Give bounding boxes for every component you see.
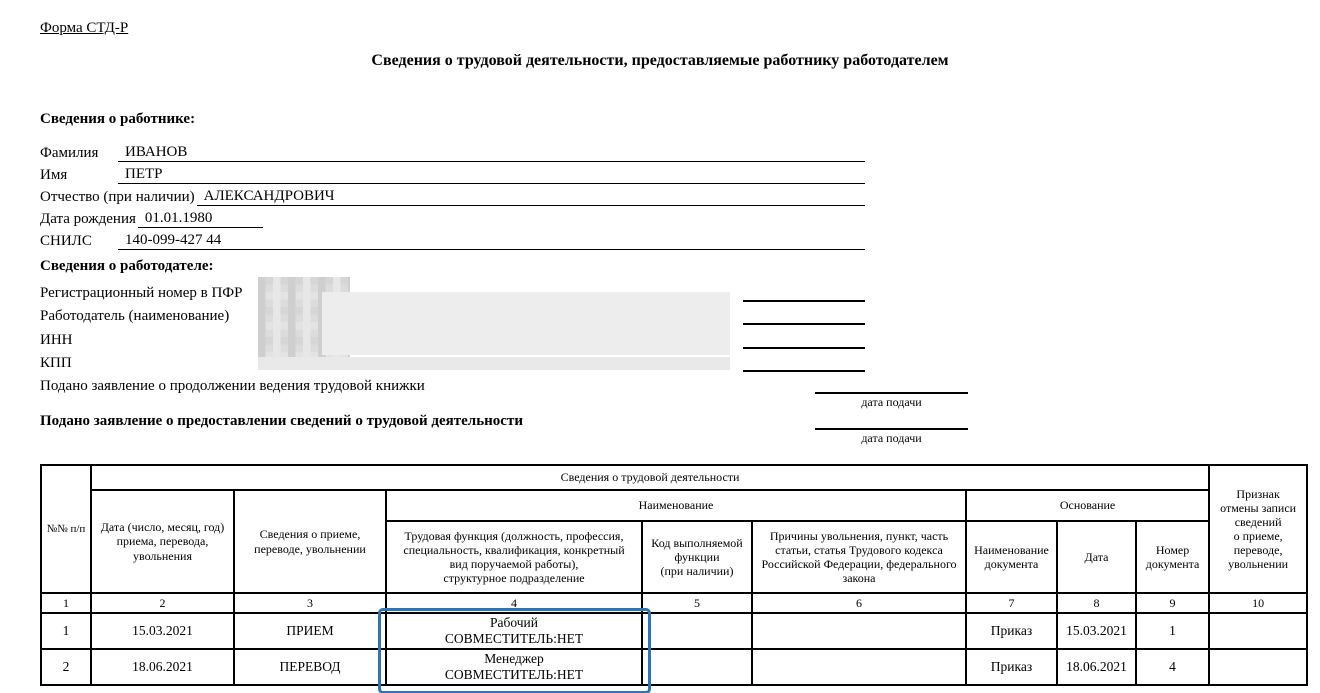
col-header-job-function: Трудовая функция (должность, профессия, … [386, 521, 642, 593]
std-r-form-page: Форма СТД-Р Сведения о трудовой деятельн… [0, 0, 1320, 693]
column-number-6: 6 [752, 593, 966, 613]
table-span-title: Сведения о трудовой деятельности [91, 465, 1209, 490]
col-header-function-code: Код выполняемой функции (при наличии) [642, 521, 752, 593]
birth-date-row: Дата рождения 01.01.1980 [40, 206, 865, 228]
group-header-basis: Основание [966, 490, 1209, 521]
employer-name-label: Работодатель (наименование) [40, 308, 229, 325]
row1-event-cell: ПРИЕМ [234, 613, 386, 649]
row1-document-number-cell: 1 [1136, 613, 1209, 649]
inn-line [743, 347, 865, 349]
birth-date-label: Дата рождения [40, 211, 138, 228]
employer-section-title: Сведения о работодателе: [40, 258, 865, 278]
surname-row: Фамилия ИВАНОВ [40, 140, 865, 162]
column-number-9: 9 [1136, 593, 1209, 613]
work-activity-table: №№ п/п Сведения о трудовой деятельности … [40, 464, 1308, 686]
pfr-number-label: Регистрационный номер в ПФР [40, 285, 243, 302]
kpp-line [743, 370, 865, 372]
statement-electronic-info-date-caption: дата подачи [815, 428, 968, 446]
row1-document-name-cell: Приказ [966, 613, 1057, 649]
column-number-5: 5 [642, 593, 752, 613]
row1-job-function-cell[interactable]: Рабочий СОВМЕСТИТЕЛЬ:НЕТ [386, 613, 642, 649]
row1-number-cell: 1 [41, 613, 91, 649]
employee-section: Сведения о работнике: Фамилия ИВАНОВ Имя… [40, 111, 865, 250]
redacted-gray-block [322, 292, 730, 355]
col-header-dismissal-reason: Причины увольнения, пункт, часть статьи,… [752, 521, 966, 593]
snils-row: СНИЛС 140-099-427 44 [40, 228, 865, 250]
row1-document-date-cell: 15.03.2021 [1057, 613, 1136, 649]
column-number-2: 2 [91, 593, 234, 613]
col-header-document-date: Дата [1057, 521, 1136, 593]
column-number-10: 10 [1209, 593, 1307, 613]
inn-label: ИНН [40, 332, 73, 349]
column-number-4: 4 [386, 593, 642, 613]
col-header-document-number: Номер документа [1136, 521, 1209, 593]
table-row-2: 2 18.06.2021 ПЕРЕВОД Менеджер СОВМЕСТИТЕ… [41, 649, 1307, 685]
snils-value: 140-099-427 44 [118, 232, 865, 250]
table-row-1: 1 15.03.2021 ПРИЕМ Рабочий СОВМЕСТИТЕЛЬ:… [41, 613, 1307, 649]
row2-date-cell: 18.06.2021 [91, 649, 234, 685]
statement-paper-book: Подано заявление о продолжении ведения т… [40, 378, 425, 395]
employee-section-title: Сведения о работнике: [40, 111, 865, 133]
row2-number-cell: 2 [41, 649, 91, 685]
first-name-value: ПЕТР [118, 166, 865, 184]
first-name-label: Имя [40, 167, 118, 184]
statement-paper-book-date-caption: дата подачи [815, 392, 968, 410]
row1-cancel-flag-cell [1209, 613, 1307, 649]
group-header-name: Наименование [386, 490, 966, 521]
col-header-cancel-flag: Признак отмены записи сведений о приеме,… [1209, 465, 1307, 593]
snils-label: СНИЛС [40, 233, 118, 250]
column-number-1: 1 [41, 593, 91, 613]
surname-value: ИВАНОВ [118, 144, 865, 162]
form-name-label: Форма СТД-Р [40, 20, 128, 37]
pfr-number-line [743, 300, 865, 302]
row2-document-date-cell: 18.06.2021 [1057, 649, 1136, 685]
col-header-document-name: Наименование документа [966, 521, 1057, 593]
statement-electronic-info: Подано заявление о предоставлении сведен… [40, 413, 523, 430]
column-number-8: 8 [1057, 593, 1136, 613]
patronymic-row: Отчество (при наличии) АЛЕКСАНДРОВИЧ [40, 184, 865, 206]
row1-function-code-cell [642, 613, 752, 649]
redacted-gray-strip [258, 357, 730, 370]
row1-date-cell: 15.03.2021 [91, 613, 234, 649]
row1-dismissal-reason-cell [752, 613, 966, 649]
row2-document-name-cell: Приказ [966, 649, 1057, 685]
col-header-row-number: №№ п/п [41, 465, 91, 593]
first-name-row: Имя ПЕТР [40, 162, 865, 184]
document-title: Сведения о трудовой деятельности, предос… [0, 52, 1320, 70]
column-number-3: 3 [234, 593, 386, 613]
birth-date-value: 01.01.1980 [138, 210, 263, 228]
surname-label: Фамилия [40, 145, 118, 162]
patronymic-value: АЛЕКСАНДРОВИЧ [197, 188, 865, 206]
row2-document-number-cell: 4 [1136, 649, 1209, 685]
col-header-event-date: Дата (число, месяц, год) приема, перевод… [91, 490, 234, 593]
column-number-7: 7 [966, 593, 1057, 613]
row2-job-function-cell[interactable]: Менеджер СОВМЕСТИТЕЛЬ:НЕТ [386, 649, 642, 685]
row2-function-code-cell [642, 649, 752, 685]
patronymic-label: Отчество (при наличии) [40, 189, 197, 206]
col-header-event-info: Сведения о приеме, переводе, увольнении [234, 490, 386, 593]
row2-dismissal-reason-cell [752, 649, 966, 685]
employer-name-line [743, 323, 865, 325]
row2-cancel-flag-cell [1209, 649, 1307, 685]
kpp-label: КПП [40, 355, 72, 372]
row2-event-cell: ПЕРЕВОД [234, 649, 386, 685]
